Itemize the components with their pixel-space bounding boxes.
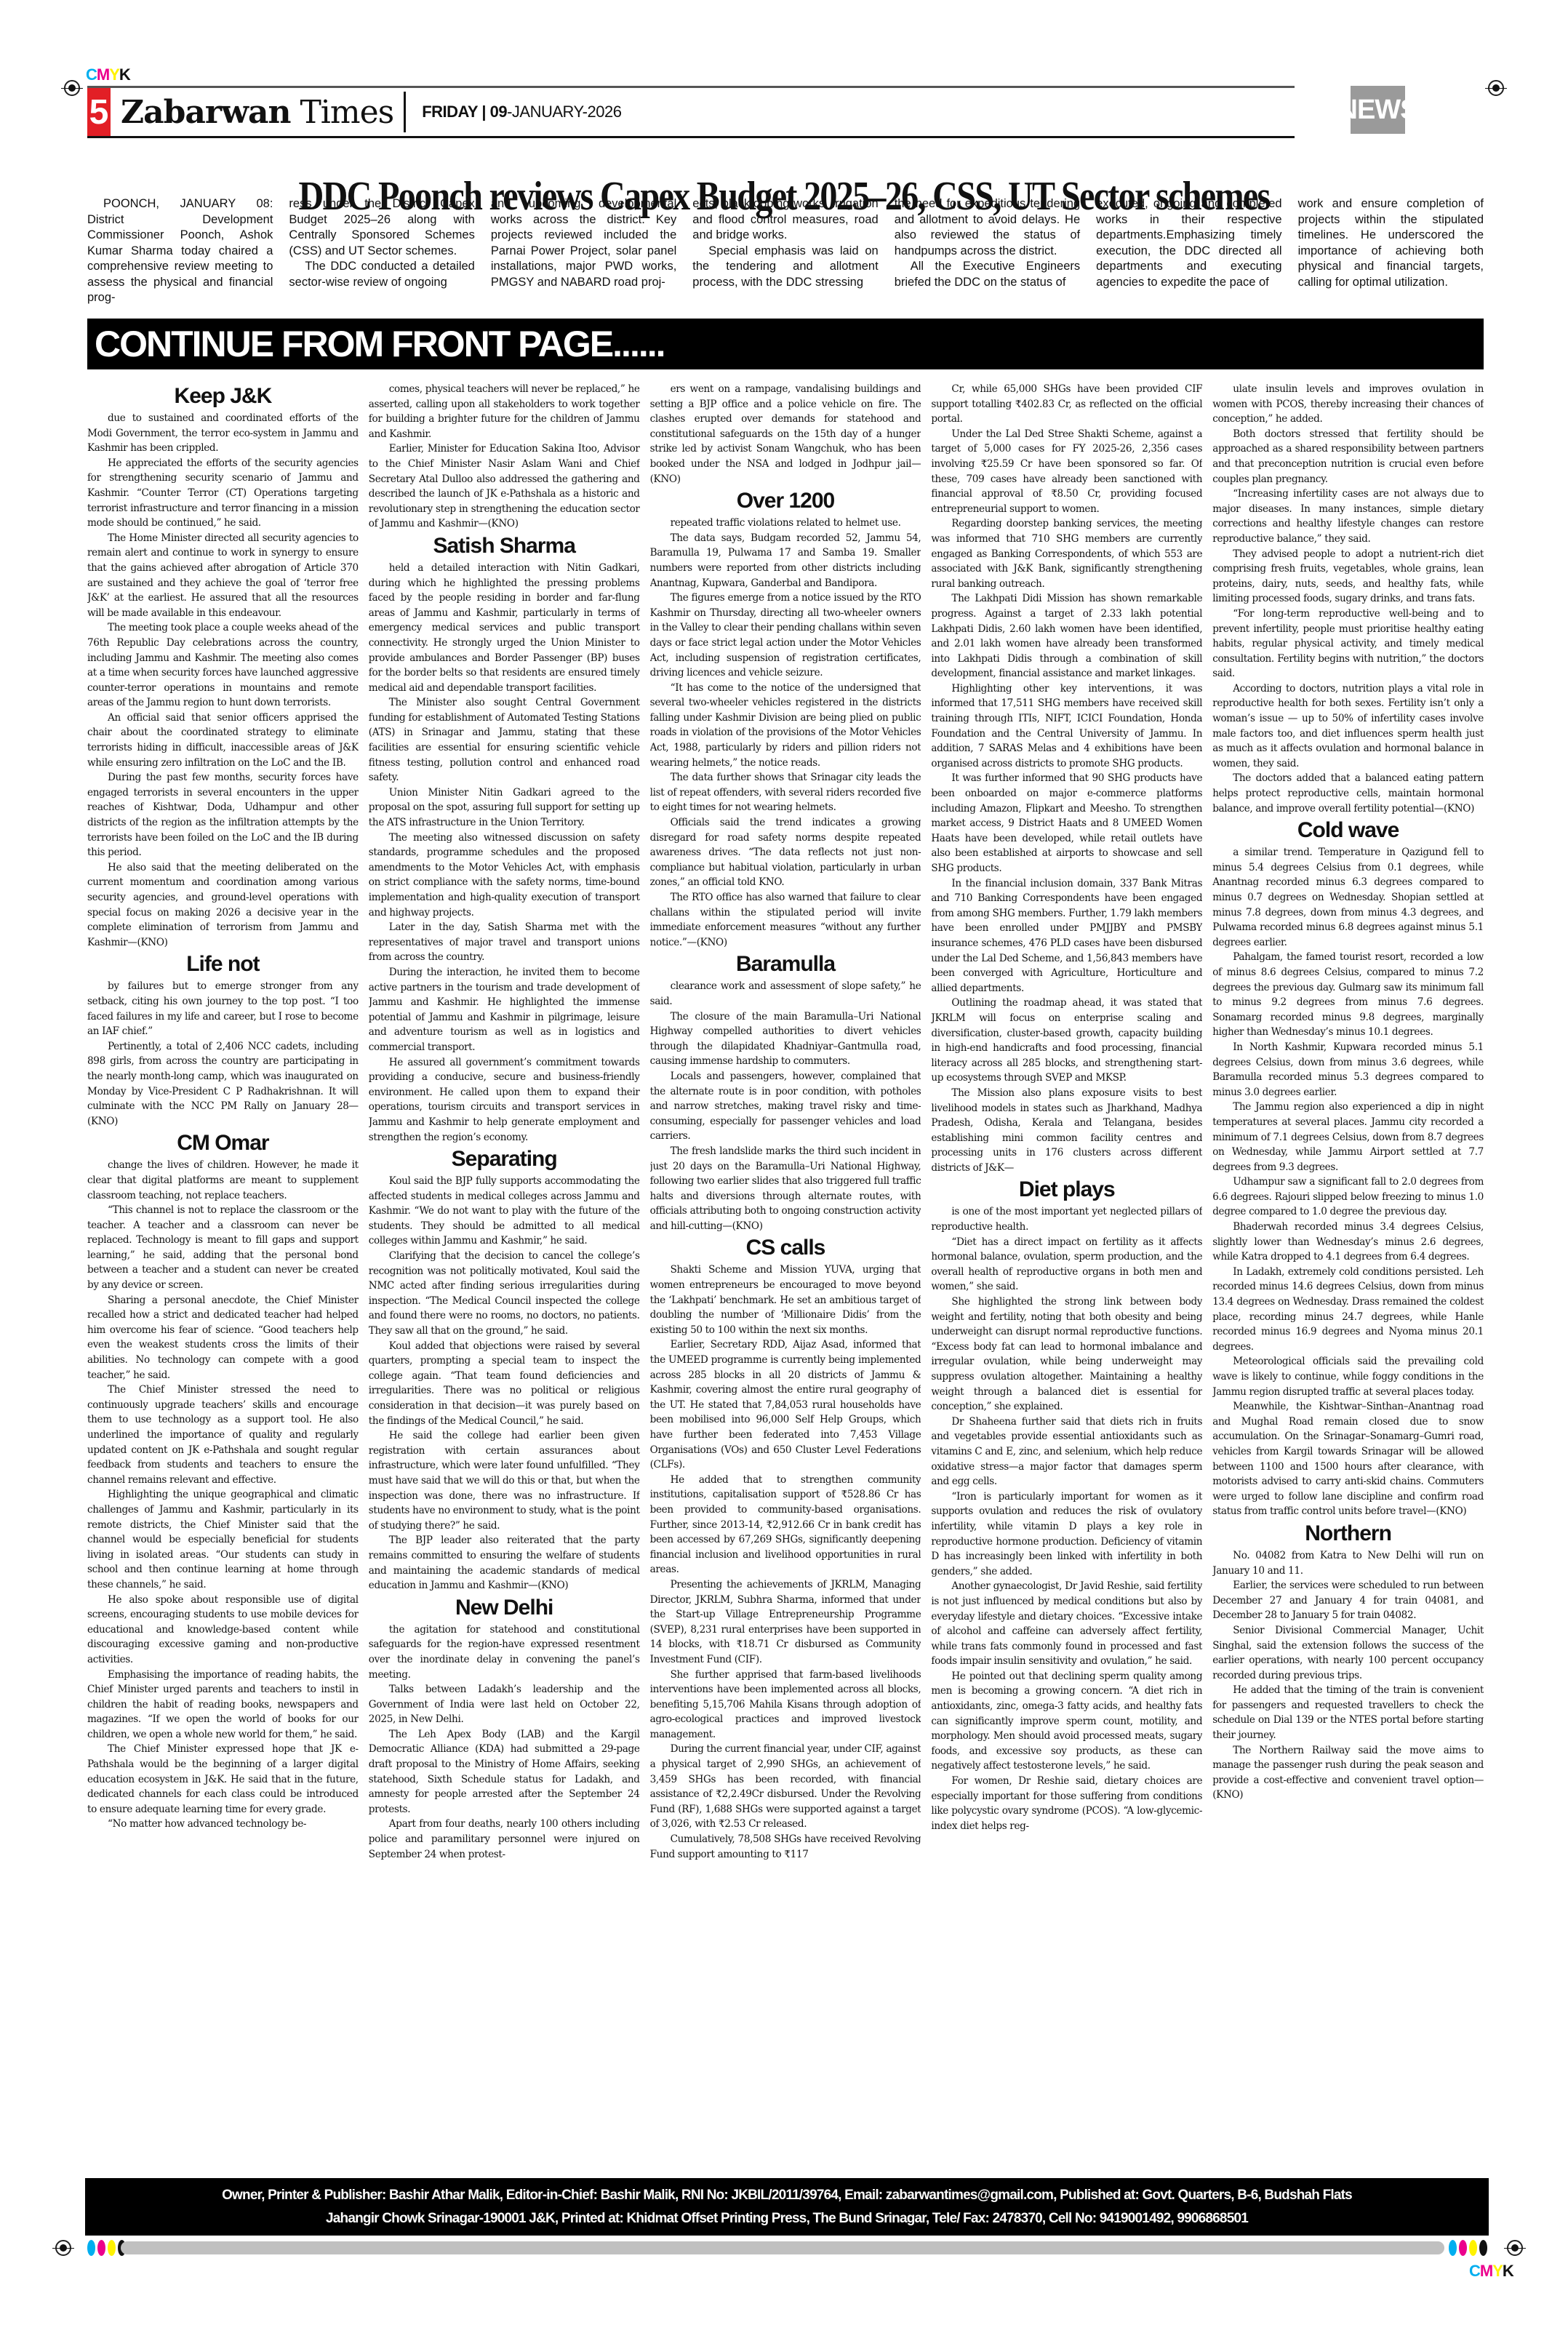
- paragraph: Later in the day, Satish Sharma met with…: [369, 920, 640, 965]
- paragraph: The Lakhpati Didi Mission has shown rema…: [931, 591, 1202, 681]
- paragraph: The meeting also witnessed discussion on…: [369, 831, 640, 921]
- story-column: Cr, while 65,000 SHGs have been provided…: [931, 382, 1202, 2164]
- lead-column: executed, ongoing and completed works in…: [1096, 196, 1281, 306]
- paragraph: The data says, Budgam recorded 52, Jammu…: [650, 531, 921, 591]
- paragraph: He also spoke about responsible use of d…: [87, 1593, 359, 1668]
- paragraph: He pointed out that declining sperm qual…: [931, 1669, 1202, 1774]
- paragraph: the agitation for statehood and constitu…: [369, 1622, 640, 1682]
- story-heading: CM Omar: [87, 1130, 359, 1156]
- paragraph: “Iron is particularly important for wome…: [931, 1489, 1202, 1580]
- paragraph: He said the college had earlier been giv…: [369, 1428, 640, 1533]
- imprint-line-1: Owner, Printer & Publisher: Bashir Athar…: [85, 2184, 1489, 2207]
- story-heading: Cold wave: [1212, 817, 1484, 844]
- paragraph: The Jammu region also experienced a dip …: [1212, 1100, 1484, 1174]
- paragraph: Cumulatively, 78,508 SHGs have received …: [650, 1832, 921, 1862]
- paragraph: and upcoming developmental works across …: [491, 196, 676, 290]
- paragraph: “Diet has a direct impact on fertility a…: [931, 1235, 1202, 1294]
- paragraph: “No matter how advanced technology be-: [87, 1817, 359, 1832]
- lead-column: ects, blacktopping works, irrigation and…: [692, 196, 878, 306]
- registration-mark-icon: [55, 2240, 71, 2256]
- story-heading: Diet plays: [931, 1177, 1202, 1203]
- paragraph: Highlighting other key interventions, it…: [931, 681, 1202, 772]
- paragraph: He assured all government’s commitment t…: [369, 1055, 640, 1145]
- story-column: Keep J&Kdue to sustained and coordinated…: [87, 382, 359, 2164]
- paragraph: “It has come to the notice of the unders…: [650, 681, 921, 771]
- paragraph: In North Kashmir, Kupwara recorded minus…: [1212, 1040, 1484, 1100]
- lead-story-body: POONCH, JANUARY 08: District Development…: [87, 196, 1484, 306]
- paragraph: Apart from four deaths, nearly 100 other…: [369, 1817, 640, 1862]
- paragraph: ects, blacktopping works, irrigation and…: [692, 196, 878, 244]
- story-heading: Keep J&K: [87, 383, 359, 409]
- paragraph: “For long-term reproductive well-being a…: [1212, 607, 1484, 681]
- paragraph: ers went on a rampage, vandalising build…: [650, 382, 921, 487]
- story-column: comes, physical teachers will never be r…: [369, 382, 640, 2164]
- paragraph: She highlighted the strong link between …: [931, 1294, 1202, 1414]
- paragraph: Koul said the BJP fully supports accommo…: [369, 1174, 640, 1249]
- paragraph: “This channel is not to replace the clas…: [87, 1203, 359, 1293]
- paragraph: It was further informed that 90 SHG prod…: [931, 771, 1202, 876]
- paragraph: Earlier, the services were scheduled to …: [1212, 1578, 1484, 1623]
- color-bar-right: [1449, 2240, 1487, 2256]
- paragraph: He appreciated the efforts of the securi…: [87, 456, 359, 531]
- paragraph: the need for expeditious tendering and a…: [895, 196, 1080, 259]
- yellow-dot: [108, 2240, 116, 2256]
- registration-mark-icon: [1488, 80, 1504, 96]
- paragraph: He also said that the meeting deliberate…: [87, 860, 359, 951]
- paragraph: The doctors added that a balanced eating…: [1212, 771, 1484, 816]
- paragraph: Officials said the trend indicates a gro…: [650, 815, 921, 890]
- paragraph: Special emphasis was laid on the tenderi…: [692, 244, 878, 291]
- paragraph: An official said that senior officers ap…: [87, 711, 359, 770]
- paragraph: executed, ongoing and completed works in…: [1096, 196, 1281, 290]
- story-heading: Separating: [369, 1146, 640, 1172]
- imprint-footer: Owner, Printer & Publisher: Bashir Athar…: [85, 2178, 1489, 2236]
- lead-column: the need for expeditious tendering and a…: [895, 196, 1080, 306]
- paragraph: The Minister also sought Central Governm…: [369, 695, 640, 785]
- paragraph: According to doctors, nutrition plays a …: [1212, 681, 1484, 772]
- black-dot: [1479, 2240, 1487, 2256]
- page-number: 5: [87, 88, 111, 136]
- paragraph: Bhaderwah recorded minus 3.4 degrees Cel…: [1212, 1220, 1484, 1265]
- cyan-dot: [87, 2240, 95, 2256]
- paragraph: Koul added that objections were raised b…: [369, 1339, 640, 1429]
- paragraph: Talks between Ladakh’s leadership and th…: [369, 1682, 640, 1727]
- paragraph: The RTO office has also warned that fail…: [650, 890, 921, 950]
- section-tag-news: NEWS: [1351, 86, 1405, 134]
- cyan-dot: [1449, 2240, 1457, 2256]
- paragraph: Under the Lal Ded Stree Shakti Scheme, a…: [931, 427, 1202, 517]
- paragraph: The BJP leader also reiterated that the …: [369, 1533, 640, 1593]
- paragraph: change the lives of children. However, h…: [87, 1158, 359, 1203]
- paragraph: Another gynaecologist, Dr Javid Reshie, …: [931, 1579, 1202, 1669]
- paragraph: Meanwhile, the Kishtwar–Sinthan–Anantnag…: [1212, 1399, 1484, 1519]
- imprint-line-2: Jahangir Chowk Srinagar-190001 J&K, Prin…: [85, 2207, 1489, 2230]
- paragraph: For women, Dr Reshie said, dietary choic…: [931, 1774, 1202, 1833]
- paragraph: Clarifying that the decision to cancel t…: [369, 1249, 640, 1339]
- paragraph: The Chief Minister expressed hope that J…: [87, 1742, 359, 1817]
- dateline: FRIDAY | 09-JANUARY-2026: [422, 103, 621, 121]
- paragraph: He added that the timing of the train is…: [1212, 1683, 1484, 1742]
- paragraph: Union Minister Nitin Gadkari agreed to t…: [369, 785, 640, 831]
- story-column: ers went on a rampage, vandalising build…: [650, 382, 921, 2164]
- paragraph: by failures but to emerge stronger from …: [87, 979, 359, 1039]
- lead-column: and upcoming developmental works across …: [491, 196, 676, 306]
- paragraph: In Ladakh, extremely cold conditions per…: [1212, 1265, 1484, 1355]
- paragraph: “Increasing infertility cases are not al…: [1212, 487, 1484, 546]
- story-column: ulate insulin levels and improves ovulat…: [1212, 382, 1484, 2164]
- paragraph: Both doctors stressed that fertility sho…: [1212, 427, 1484, 487]
- paragraph: Pertinently, a total of 2,406 NCC cadets…: [87, 1039, 359, 1129]
- paragraph: Locals and passengers, however, complain…: [650, 1069, 921, 1144]
- cmyk-mark-bottom: CMYK: [1469, 2262, 1513, 2281]
- paragraph: ress under the District Capex Budget 202…: [289, 196, 474, 259]
- paragraph: The meeting took place a couple weeks ah…: [87, 620, 359, 711]
- story-heading: CS calls: [650, 1235, 921, 1261]
- paragraph: due to sustained and coordinated efforts…: [87, 411, 359, 456]
- paragraph: is one of the most important yet neglect…: [931, 1204, 1202, 1234]
- paragraph: Sharing a personal anecdote, the Chief M…: [87, 1293, 359, 1383]
- paragraph: They advised people to adopt a nutrient-…: [1212, 547, 1484, 607]
- paragraph: Emphasising the importance of reading ha…: [87, 1668, 359, 1742]
- paragraph: comes, physical teachers will never be r…: [369, 382, 640, 441]
- paragraph: held a detailed interaction with Nitin G…: [369, 561, 640, 695]
- paragraph: During the past few months, security for…: [87, 770, 359, 860]
- paragraph: The data further shows that Srinagar cit…: [650, 770, 921, 815]
- masthead-divider: [404, 92, 406, 132]
- registration-mark-icon: [1507, 2240, 1523, 2256]
- paragraph: clearance work and assessment of slope s…: [650, 979, 921, 1009]
- paragraph: Meteorological officials said the prevai…: [1212, 1354, 1484, 1399]
- lead-column: work and ensure completion of projects w…: [1298, 196, 1484, 306]
- paragraph: work and ensure completion of projects w…: [1298, 196, 1484, 290]
- magenta-dot: [97, 2240, 105, 2256]
- paragraph: a similar trend. Temperature in Qazigund…: [1212, 845, 1484, 950]
- paragraph: The Northern Railway said the move aims …: [1212, 1743, 1484, 1803]
- paragraph: Dr Shaheena further said that diets rich…: [931, 1414, 1202, 1489]
- paragraph: During the interaction, he invited them …: [369, 965, 640, 1055]
- yellow-dot: [1469, 2240, 1477, 2256]
- paragraph: Presenting the achievements of JKRLM, Ma…: [650, 1577, 921, 1668]
- paragraph: No. 04082 from Katra to New Delhi will r…: [1212, 1548, 1484, 1578]
- story-heading: Northern: [1212, 1521, 1484, 1547]
- paragraph: She further apprised that farm-based liv…: [650, 1668, 921, 1742]
- paragraph: During the current financial year, under…: [650, 1742, 921, 1832]
- story-heading: New Delhi: [369, 1595, 640, 1621]
- paragraph: The DDC conducted a detailed sector-wise…: [289, 259, 474, 290]
- paragraph: Outlining the roadmap ahead, it was stat…: [931, 996, 1202, 1086]
- paragraph: The figures emerge from a notice issued …: [650, 591, 921, 681]
- story-heading: Over 1200: [650, 488, 921, 514]
- story-heading: Life not: [87, 951, 359, 977]
- paragraph: POONCH, JANUARY 08: District Development…: [87, 196, 273, 306]
- masthead: 5 Zabarwan Times FRIDAY | 09-JANUARY-202…: [87, 86, 1295, 138]
- paragraph: The closure of the main Baramulla–Uri Na…: [650, 1009, 921, 1069]
- grey-color-strip: [121, 2241, 1444, 2254]
- paragraph: Cr, while 65,000 SHGs have been provided…: [931, 382, 1202, 427]
- story-heading: Satish Sharma: [369, 533, 640, 559]
- paragraph: The Chief Minister stressed the need to …: [87, 1382, 359, 1487]
- paragraph: Regarding doorstep banking services, the…: [931, 516, 1202, 591]
- paragraph: Pahalgam, the famed tourist resort, reco…: [1212, 950, 1484, 1040]
- continue-banner: CONTINUE FROM FRONT PAGE......: [87, 319, 1484, 369]
- paragraph: The fresh landslide marks the third such…: [650, 1144, 921, 1234]
- paragraph: repeated traffic violations related to h…: [650, 516, 921, 531]
- lead-column: ress under the District Capex Budget 202…: [289, 196, 474, 306]
- paragraph: Senior Divisional Commercial Manager, Uc…: [1212, 1623, 1484, 1683]
- paragraph: ulate insulin levels and improves ovulat…: [1212, 382, 1484, 427]
- lead-column: POONCH, JANUARY 08: District Development…: [87, 196, 273, 306]
- paragraph: He added that to strengthen community in…: [650, 1473, 921, 1577]
- paragraph: Earlier, Secretary RDD, Aijaz Asad, info…: [650, 1337, 921, 1472]
- paragraph: Shakti Scheme and Mission YUVA, urging t…: [650, 1262, 921, 1337]
- magenta-dot: [1459, 2240, 1467, 2256]
- paragraph: In the financial inclusion domain, 337 B…: [931, 876, 1202, 996]
- paragraph: The Mission also plans exposure visits t…: [931, 1086, 1202, 1176]
- paper-name: Zabarwan Times: [121, 94, 393, 131]
- continued-stories: Keep J&Kdue to sustained and coordinated…: [87, 382, 1484, 2164]
- cmyk-mark-top: CMYK: [86, 65, 130, 84]
- story-heading: Baramulla: [650, 951, 921, 977]
- paragraph: Highlighting the unique geographical and…: [87, 1487, 359, 1592]
- paragraph: Udhampur saw a significant fall to 2.0 d…: [1212, 1174, 1484, 1220]
- paragraph: All the Executive Engineers briefed the …: [895, 259, 1080, 290]
- registration-mark-icon: [64, 80, 80, 96]
- paragraph: The Home Minister directed all security …: [87, 531, 359, 621]
- paragraph: The Leh Apex Body (LAB) and the Kargil D…: [369, 1727, 640, 1817]
- paragraph: Earlier, Minister for Education Sakina I…: [369, 441, 640, 532]
